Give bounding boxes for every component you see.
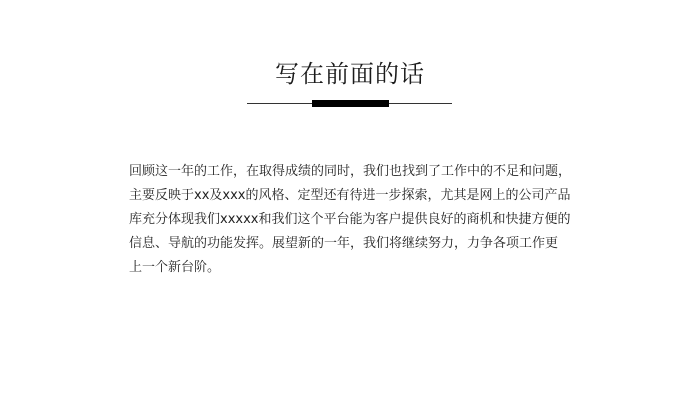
paragraph-line: 回顾这一年的工作，在取得成绩的同时，我们也找到了工作中的不足和问题， bbox=[129, 160, 581, 184]
paragraph-line: 主要反映于xx及xxx的风格、定型还有待进一步探索，尤其是网上的公司产品 bbox=[129, 184, 581, 208]
page-title: 写在前面的话 bbox=[0, 58, 700, 90]
title-divider-accent-bar bbox=[312, 100, 389, 107]
intro-paragraph: 回顾这一年的工作，在取得成绩的同时，我们也找到了工作中的不足和问题， 主要反映于… bbox=[129, 160, 581, 280]
paragraph-line: 库充分体现我们xxxxx和我们这个平台能为客户提供良好的商机和快捷方便的 bbox=[129, 208, 581, 232]
paragraph-line: 上一个新台阶。 bbox=[129, 256, 581, 280]
paragraph-line: 信息、导航的功能发挥。展望新的一年，我们将继续努力，力争各项工作更 bbox=[129, 232, 581, 256]
